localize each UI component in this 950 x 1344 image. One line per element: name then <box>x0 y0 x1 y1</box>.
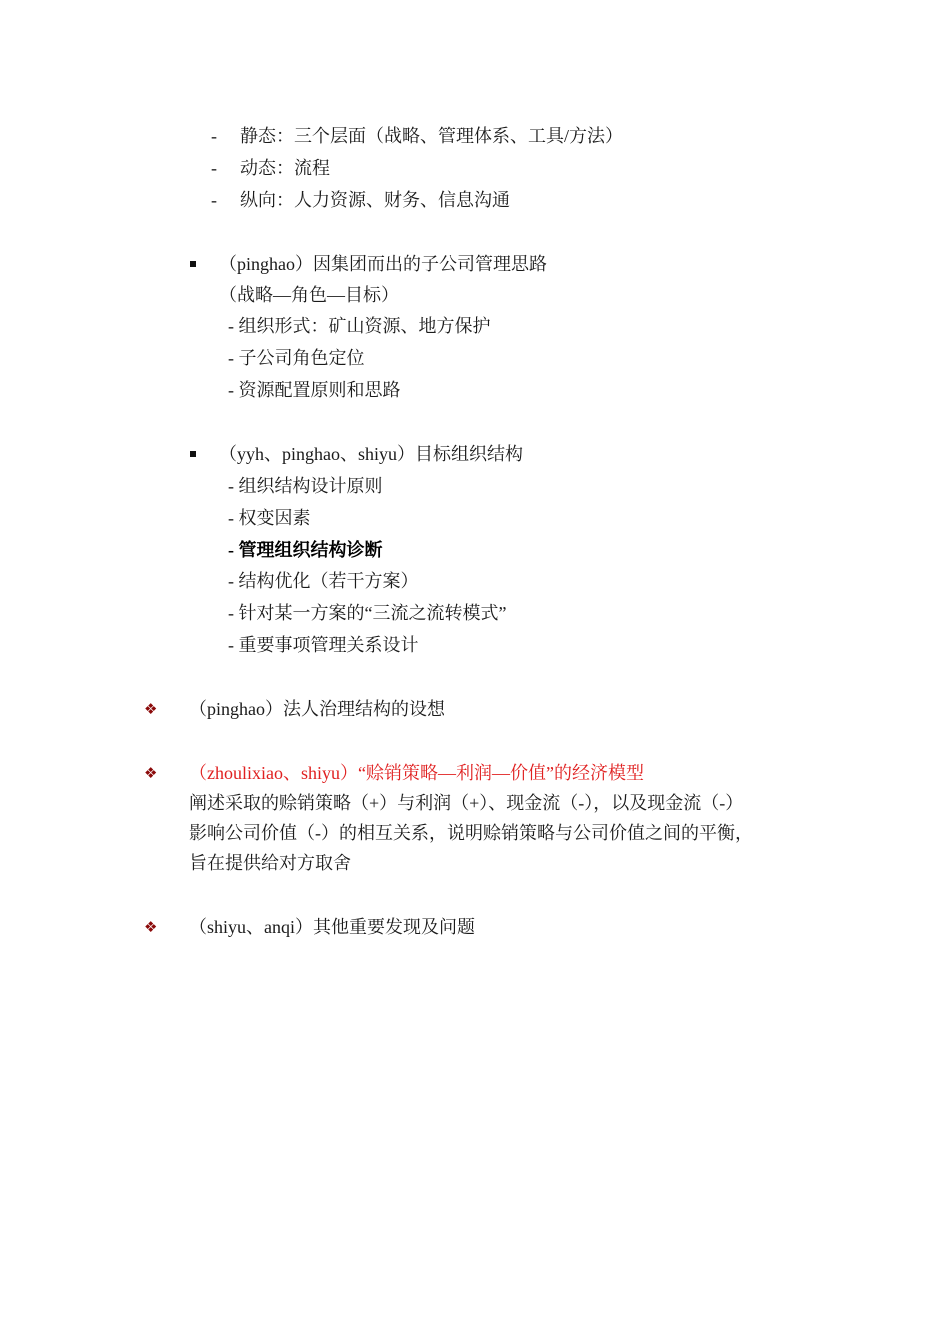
section-subtitle: （战略—角色—目标） <box>219 284 399 306</box>
section-title: （pinghao）因集团而出的子公司管理思路 <box>219 253 547 275</box>
list-item: - 组织结构设计原则 <box>228 475 383 497</box>
square-bullet-icon <box>190 261 196 267</box>
list-item: - 针对某一方案的“三流之流转模式” <box>228 602 506 624</box>
list-item: - 子公司角色定位 <box>228 347 365 369</box>
square-bullet-icon <box>190 451 196 457</box>
list-item: - 资源配置原则和思路 <box>228 379 401 401</box>
section-title: （shiyu、anqi）其他重要发现及问题 <box>189 916 475 938</box>
dash-marker: - <box>211 189 217 211</box>
diamond-bullet-icon: ❖ <box>144 698 157 720</box>
list-item-bold: - 管理组织结构诊断 <box>228 539 383 561</box>
body-text-line: 旨在提供给对方取舍 <box>189 852 351 874</box>
dash-marker: - <box>211 157 217 179</box>
list-item: - 权变因素 <box>228 507 311 529</box>
list-item: 纵向：人力资源、财务、信息沟通 <box>240 189 510 211</box>
diamond-bullet-icon: ❖ <box>144 762 157 784</box>
dash-marker: - <box>211 125 217 147</box>
section-title: （yyh、pinghao、shiyu）目标组织结构 <box>219 443 523 465</box>
list-item: - 组织形式：矿山资源、地方保护 <box>228 315 491 337</box>
list-item: 静态：三个层面（战略、管理体系、工具/方法） <box>240 125 623 147</box>
list-item: 动态：流程 <box>240 157 330 179</box>
list-item: - 结构优化（若干方案） <box>228 570 419 592</box>
list-item: - 重要事项管理关系设计 <box>228 634 419 656</box>
diamond-bullet-icon: ❖ <box>144 916 157 938</box>
document-page: - 静态：三个层面（战略、管理体系、工具/方法） - 动态：流程 - 纵向：人力… <box>0 0 950 1344</box>
section-title: （pinghao）法人治理结构的设想 <box>189 698 445 720</box>
body-text-line: 阐述采取的赊销策略（+）与利润（+）、现金流（-），以及现金流（-） <box>189 792 743 814</box>
section-title-highlighted: （zhoulixiao、shiyu）“赊销策略—利润—价值”的经济模型 <box>189 762 644 784</box>
body-text-line: 影响公司价值（-）的相互关系，说明赊销策略与公司价值之间的平衡， <box>189 822 753 844</box>
